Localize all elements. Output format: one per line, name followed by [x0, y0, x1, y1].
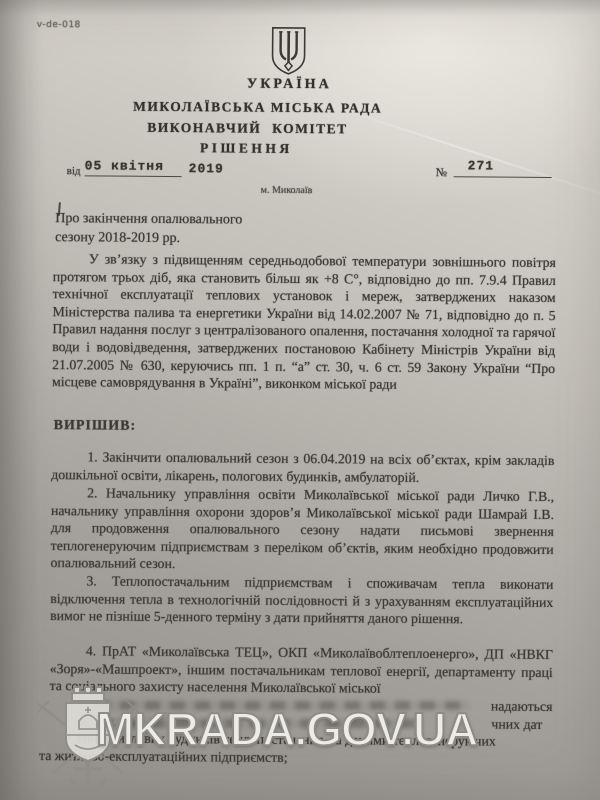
number-value: 271: [454, 158, 552, 178]
date-label: від: [67, 165, 81, 177]
committee-name: ВИКОНАВЧИЙ КОМІТЕТ: [0, 119, 496, 139]
preamble-paragraph: У зв’язку з підвищенням середньодобової …: [52, 250, 556, 395]
decision-item-2: 2. Начальнику управління освіти Миколаїв…: [50, 484, 554, 576]
country-name: УКРАЇНА: [0, 75, 579, 96]
document-photo: v-de-018 УКРАЇНА МИКОЛАЇВСЬКА МІСЬКА РАД…: [0, 0, 600, 800]
decision-item-3: 3. Теплопостачальним підприємствам і спо…: [50, 572, 553, 629]
decision-item-1: 1. Закінчити опалювальний сезон з 06.04.…: [51, 448, 554, 487]
doc-code-label: v-de-018: [37, 20, 81, 30]
subject-line-1: Про закінчення опалювального: [55, 209, 242, 229]
ukraine-trident-icon: [265, 26, 311, 83]
city-label: м. Миколаїв: [0, 183, 575, 199]
doc-type-title: РІШЕННЯ: [0, 139, 494, 159]
date-year: 2019: [189, 161, 224, 176]
subject-line-2: сезону 2018-2019 рр.: [55, 228, 242, 248]
decided-heading: ВИРІШИВ:: [54, 418, 137, 435]
council-name: МИКОЛАЇВСЬКА МІСЬКА РАДА: [0, 98, 516, 118]
subject-title: Про закінчення опалювального сезону 2018…: [55, 209, 242, 248]
watermark-site-text: MKRADA.GOV.UA: [96, 706, 477, 752]
date-value: 05 квітня: [85, 158, 182, 177]
number-label: №: [436, 165, 448, 180]
